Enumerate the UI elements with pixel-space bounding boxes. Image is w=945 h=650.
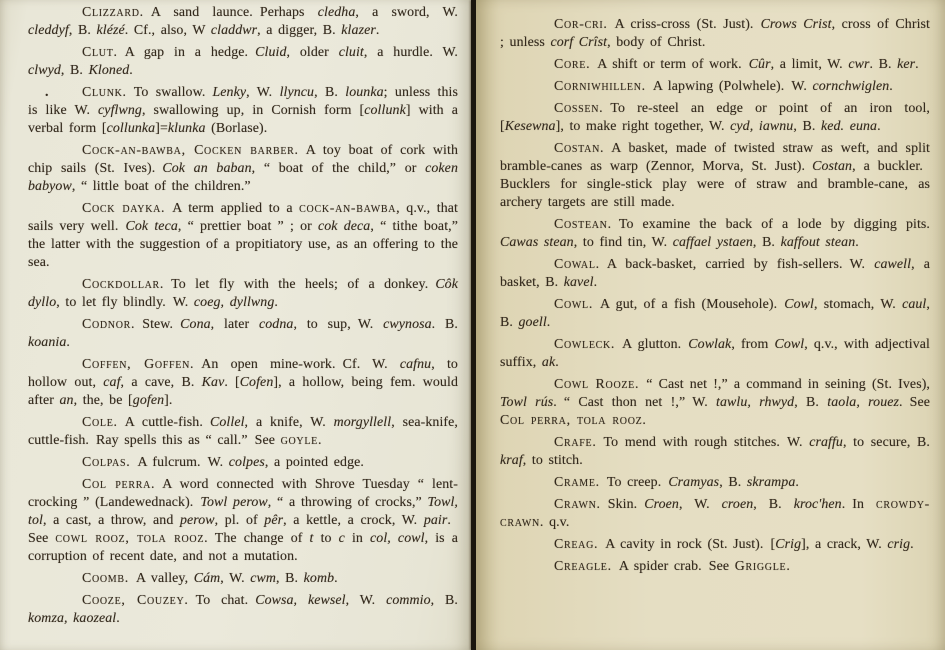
italic-term: clwyd xyxy=(28,63,61,78)
dictionary-entry: Col perra. A word connected with Shrove … xyxy=(28,476,458,566)
italic-term: skrampa xyxy=(747,475,796,490)
entry-text: , a limit, W. xyxy=(771,57,849,72)
entry-text: A lapwing (Polwhele). W. xyxy=(646,79,813,94)
italic-term: Crows Crist xyxy=(761,17,832,32)
entry-text: . xyxy=(915,57,919,72)
italic-term: Kav xyxy=(202,375,225,390)
headword: Coomb. xyxy=(82,571,129,586)
entry-text: , older xyxy=(287,45,339,60)
italic-term: Cawas stean xyxy=(500,235,574,250)
headword: Cowl. xyxy=(554,297,593,312)
italic-term: commio xyxy=(386,593,431,608)
entry-text: To swallow. xyxy=(127,85,213,100)
entry-text: . xyxy=(376,23,380,38)
dictionary-entry: .Clunk. To swallow. Lenky, W. llyncu, B.… xyxy=(28,84,458,138)
left-page: Clizzard. A sand launce. Perhaps cledha,… xyxy=(0,0,471,650)
italic-term: komza, kaozeal xyxy=(28,611,116,626)
entry-text: . xyxy=(877,119,881,134)
italic-term: pair xyxy=(424,513,448,528)
headword: Cor-cri. xyxy=(554,17,608,32)
entry-text: , body of Christ. xyxy=(607,35,705,50)
italic-term: caul xyxy=(902,297,926,312)
entry-text: , a digger, B. xyxy=(257,23,341,38)
entry-text: , to sup, W. xyxy=(293,317,383,332)
cross-reference: cock-an-bawba xyxy=(299,201,396,216)
entry-text: , “ little boat of the children.” xyxy=(72,179,251,194)
entry-text: , B. xyxy=(719,475,747,490)
entry-text: A cuttle-fish. xyxy=(118,415,210,430)
italic-term: cok deca xyxy=(318,219,370,234)
italic-term: gofen xyxy=(133,393,164,408)
italic-term: cwm xyxy=(250,571,276,586)
italic-term: kavel xyxy=(564,275,594,290)
entry-text: To let fly with the heels; of a donkey. xyxy=(164,277,435,292)
headword: Col perra. xyxy=(82,477,155,492)
italic-term: cwr xyxy=(848,57,869,72)
entry-text: A term applied to a xyxy=(165,201,299,216)
italic-term: taola, rouez xyxy=(827,395,899,410)
entry-text: . xyxy=(318,433,322,448)
entry-text: , stomach, W. xyxy=(814,297,902,312)
entry-text: . xyxy=(642,413,646,428)
entry-text: , W. xyxy=(679,497,722,512)
entry-text: To creep. xyxy=(600,475,668,490)
entry-text: , to stitch. xyxy=(523,453,583,468)
entry-text: . xyxy=(116,611,120,626)
entry-text: . xyxy=(786,559,790,574)
italic-term: col, cowl xyxy=(370,531,425,546)
italic-term: Cona xyxy=(180,317,211,332)
italic-term: codna xyxy=(259,317,293,332)
dictionary-entry: Cockdollar. To let fly with the heels; o… xyxy=(28,276,458,312)
headword: Costean. xyxy=(554,217,612,232)
dictionary-entry: Cock-an-bawba, Cocken barber. A toy boat… xyxy=(28,142,458,196)
entry-text: . The change of xyxy=(204,531,309,546)
italic-term: kroc'hen xyxy=(794,497,842,512)
cross-reference: goyle xyxy=(281,433,318,448)
headword: Coffen, Goffen. xyxy=(82,357,194,372)
entry-text: A criss-cross (St. Just). xyxy=(608,17,761,32)
headword: Crawn. xyxy=(554,497,601,512)
italic-term: Towl rús xyxy=(500,395,553,410)
entry-text: . xyxy=(910,537,914,552)
entry-text: . xyxy=(334,571,338,586)
right-page: Cor-cri. A criss-cross (St. Just). Crows… xyxy=(476,0,945,650)
italic-term: croen xyxy=(722,497,754,512)
headword: Clut. xyxy=(82,45,118,60)
entry-text: Skin. xyxy=(601,497,645,512)
italic-term: caffael ystaen xyxy=(673,235,753,250)
entry-text: , B. xyxy=(793,119,821,134)
headword: Clizzard. xyxy=(82,5,144,20)
entry-text: . “ Cast thon net !,” W. xyxy=(553,395,716,410)
italic-term: Kesewna xyxy=(505,119,556,134)
headword: Crame. xyxy=(554,475,600,490)
italic-term: Cowl xyxy=(784,297,814,312)
headword: Crafe. xyxy=(554,435,597,450)
italic-term: cleddyf xyxy=(28,23,69,38)
entry-text: to xyxy=(314,531,339,546)
entry-text: . [ xyxy=(224,375,239,390)
entry-text: , “ a throwing of crocks,” xyxy=(268,495,428,510)
entry-text: “ Cast net !,” a command in seining (St.… xyxy=(639,377,930,392)
headword: Cock-an-bawba, Cocken barber. xyxy=(82,143,299,158)
dictionary-entry: Cock dayka. A term applied to a cock-an-… xyxy=(28,200,458,272)
italic-term: Crig xyxy=(775,537,801,552)
entry-text: To mend with rough stitches. W. xyxy=(597,435,810,450)
dictionary-entry: Codnor. Stew. Cona, later codna, to sup,… xyxy=(28,316,458,352)
italic-term: Kloned xyxy=(89,63,130,78)
italic-term: perow xyxy=(180,513,215,528)
entry-text: . In xyxy=(842,497,876,512)
entry-text: , B. xyxy=(431,593,458,608)
dictionary-entry: Clizzard. A sand launce. Perhaps cledha,… xyxy=(28,4,458,40)
entry-text: . B. xyxy=(869,57,897,72)
entry-text: , later xyxy=(211,317,259,332)
italic-term: llyncu xyxy=(280,85,315,100)
dictionary-entry: Crafe. To mend with rough stitches. W. c… xyxy=(500,434,930,470)
dictionary-entry: Cowal. A back-basket, carried by fish-se… xyxy=(500,256,930,292)
italic-term: colpes xyxy=(229,455,265,470)
headword: Cole. xyxy=(82,415,118,430)
italic-term: collunka xyxy=(107,121,156,136)
entry-text: . B. xyxy=(432,317,458,332)
italic-term: Costan xyxy=(812,159,852,174)
italic-term: klézé xyxy=(96,23,124,38)
italic-term: corf Crîst xyxy=(550,35,607,50)
entry-text: . Cf., also, W xyxy=(125,23,211,38)
italic-term: Cramyas xyxy=(668,475,719,490)
entry-text: . q.v. xyxy=(540,515,569,530)
dictionary-entry: Cole. A cuttle-fish. Collel, a knife, W.… xyxy=(28,414,458,450)
italic-term: komb xyxy=(304,571,335,586)
italic-term: claddwr xyxy=(211,23,257,38)
dictionary-entry: Creag. A cavity in rock (St. Just). [Cri… xyxy=(500,536,930,554)
dictionary-entry: Cossen. To re-steel an edge or point of … xyxy=(500,100,930,136)
book-spread: Clizzard. A sand launce. Perhaps cledha,… xyxy=(0,0,945,650)
entry-text: in xyxy=(345,531,370,546)
italic-term: morgyllell xyxy=(334,415,392,430)
entry-text: A back-basket, carried by fish-sellers. … xyxy=(600,257,874,272)
italic-term: caf xyxy=(103,375,120,390)
italic-term: cawell xyxy=(874,257,911,272)
entry-text: A cavity in rock (St. Just). [ xyxy=(598,537,775,552)
dictionary-entry: Cowl Rooze. “ Cast net !,” a command in … xyxy=(500,376,930,430)
italic-term: Cok teca xyxy=(126,219,178,234)
italic-term: pêr xyxy=(264,513,283,528)
entry-text: . xyxy=(66,335,70,350)
italic-term: cafnu xyxy=(400,357,431,372)
entry-text: , swallowing up, in Cornish form [ xyxy=(142,103,364,118)
headword: Cowal. xyxy=(554,257,600,272)
entry-text: (Borlase). xyxy=(206,121,268,136)
entry-text: A gap in a hedge. xyxy=(118,45,255,60)
italic-term: Lenky xyxy=(212,85,246,100)
entry-text: , B. xyxy=(314,85,345,100)
headword: Codnor. xyxy=(82,317,135,332)
italic-term: an xyxy=(60,393,74,408)
dictionary-entry: Core. A shift or term of work. Cûr, a li… xyxy=(500,56,930,74)
italic-term: Cowl xyxy=(774,337,804,352)
entry-text: , to find tin, W. xyxy=(574,235,673,250)
entry-text: , a sword, W. xyxy=(355,5,458,20)
dictionary-entry: Creagle. A spider crab. See Griggle. xyxy=(500,558,930,576)
entry-text: . See xyxy=(899,395,930,410)
italic-term: cyflwng xyxy=(98,103,142,118)
entry-text: . xyxy=(855,235,859,250)
italic-term: klazer xyxy=(341,23,376,38)
dictionary-entry: Colpas. A fulcrum. W. colpes, a pointed … xyxy=(28,454,458,472)
entry-text: , to let fly blindly. W. xyxy=(56,295,194,310)
stray-ink-mark: . xyxy=(45,84,49,102)
italic-term: Cok an baban xyxy=(162,161,251,176)
italic-term: lounka xyxy=(345,85,383,100)
entry-text: A sand launce. Perhaps xyxy=(144,5,318,20)
italic-term: klunka xyxy=(168,121,206,136)
italic-term: cluit xyxy=(339,45,364,60)
italic-term: ak xyxy=(542,355,555,370)
italic-term: tawlu, rhwyd xyxy=(716,395,794,410)
entry-text: . xyxy=(274,295,278,310)
entry-text: ], a crack, W. xyxy=(801,537,887,552)
entry-text: . xyxy=(129,63,133,78)
italic-term: kaffout stean xyxy=(781,235,856,250)
entry-text: A gut, of a fish (Mousehole). xyxy=(593,297,784,312)
italic-term: Cowlak xyxy=(688,337,731,352)
dictionary-entry: Coffen, Goffen. An open mine-work. Cf. W… xyxy=(28,356,458,410)
italic-term: cwynosa xyxy=(383,317,432,332)
dictionary-entry: Corniwhillen. A lapwing (Polwhele). W. c… xyxy=(500,78,930,96)
headword: Cossen. xyxy=(554,101,603,116)
headword: Corniwhillen. xyxy=(554,79,646,94)
italic-term: Collel xyxy=(210,415,245,430)
italic-term: crig xyxy=(887,537,910,552)
entry-text: , B. xyxy=(753,235,781,250)
cross-reference: Griggle xyxy=(735,559,787,574)
entry-text: To examine the back of a lode by digging… xyxy=(612,217,930,232)
italic-term: Cûr xyxy=(749,57,771,72)
italic-term: Croen xyxy=(644,497,679,512)
entry-text: , W. xyxy=(246,85,279,100)
italic-term: cledha xyxy=(318,5,356,20)
dictionary-entry: Cooze, Couzey. To chat. Cowsa, kewsel, W… xyxy=(28,592,458,628)
cross-reference: cowl rooz, tola rooz xyxy=(55,531,204,546)
entry-text: , “ prettier boat ” ; or xyxy=(178,219,318,234)
italic-term: goell xyxy=(519,315,547,330)
entry-text: ]= xyxy=(155,121,168,136)
cross-reference: Col perra, tola rooz xyxy=(500,413,642,428)
entry-text: , a cave, B. xyxy=(121,375,202,390)
entry-text: , a knife, W. xyxy=(245,415,334,430)
dictionary-entry: Coomb. A valley, Cám, W. cwm, B. komb. xyxy=(28,570,458,588)
dictionary-entry: Costan. A basket, made of twisted straw … xyxy=(500,140,930,212)
italic-term: Cofen xyxy=(240,375,274,390)
italic-term: ker xyxy=(897,57,915,72)
entry-text: A fulcrum. W. xyxy=(130,455,228,470)
dictionary-entry: Cor-cri. A criss-cross (St. Just). Crows… xyxy=(500,16,930,52)
headword: Costan. xyxy=(554,141,604,156)
headword: Cowl Rooze. xyxy=(554,377,639,392)
entry-text: , a kettle, a crock, W. xyxy=(283,513,424,528)
headword: Cockdollar. xyxy=(82,277,164,292)
entry-text: . xyxy=(555,355,559,370)
entry-text: , B. xyxy=(794,395,827,410)
entry-text: An open mine-work. Cf. W. xyxy=(194,357,400,372)
entry-text: A valley, xyxy=(129,571,194,586)
headword: Core. xyxy=(554,57,590,72)
entry-text: . xyxy=(547,315,551,330)
entry-text: , W. xyxy=(346,593,386,608)
italic-term: cornchwiglen xyxy=(812,79,889,94)
dictionary-entry: Crawn. Skin. Croen, W. croen, B. kroc'he… xyxy=(500,496,930,532)
headword: Clunk. xyxy=(82,85,127,100)
entry-text: ]. xyxy=(164,393,172,408)
entry-text: To chat. xyxy=(189,593,256,608)
entry-text: , the, be [ xyxy=(74,393,133,408)
entry-text: , “ boat of the child,” or xyxy=(252,161,425,176)
entry-text: , B. xyxy=(69,23,97,38)
headword: Cowleck. xyxy=(554,337,615,352)
entry-text: , pl. of xyxy=(215,513,265,528)
italic-term: craffu xyxy=(809,435,843,450)
italic-term: Cluid xyxy=(255,45,286,60)
italic-term: coeg, dyllwng xyxy=(194,295,274,310)
headword: Creag. xyxy=(554,537,598,552)
entry-text: , W. xyxy=(220,571,250,586)
entry-text: , B. xyxy=(753,497,793,512)
entry-text: , a hurdle. W. xyxy=(364,45,458,60)
italic-term: Cám xyxy=(194,571,221,586)
entry-text: , a pointed edge. xyxy=(265,455,364,470)
italic-term: Cowsa, kewsel xyxy=(255,593,345,608)
italic-term: koania xyxy=(28,335,66,350)
italic-term: ked. euna xyxy=(821,119,877,134)
entry-text: Stew. xyxy=(135,317,180,332)
italic-term: Towl perow xyxy=(200,495,267,510)
entry-text: , from xyxy=(731,337,774,352)
entry-text: A spider crab. See xyxy=(612,559,735,574)
entry-text: , to secure, B. xyxy=(843,435,930,450)
entry-text: A glutton. xyxy=(615,337,688,352)
entry-text: . xyxy=(889,79,893,94)
headword: Creagle. xyxy=(554,559,612,574)
dictionary-entry: Cowleck. A glutton. Cowlak, from Cowl, q… xyxy=(500,336,930,372)
entry-text: A shift or term of work. xyxy=(590,57,748,72)
headword: Cooze, Couzey. xyxy=(82,593,189,608)
headword: Cock dayka. xyxy=(82,201,165,216)
entry-text: ], to make right together, W. xyxy=(556,119,731,134)
headword: Colpas. xyxy=(82,455,130,470)
dictionary-entry: Crame. To creep. Cramyas, B. skrampa. xyxy=(500,474,930,492)
entry-text: , a cast, a throw, and xyxy=(43,513,180,528)
entry-text: . xyxy=(795,475,799,490)
dictionary-entry: Costean. To examine the back of a lode b… xyxy=(500,216,930,252)
italic-term: collunk xyxy=(364,103,406,118)
dictionary-entry: Clut. A gap in a hedge. Cluid, older clu… xyxy=(28,44,458,80)
dictionary-entry: Cowl. A gut, of a fish (Mousehole). Cowl… xyxy=(500,296,930,332)
entry-text: , B. xyxy=(276,571,304,586)
italic-term: cyd, iawnu xyxy=(730,119,793,134)
entry-text: . xyxy=(594,275,598,290)
italic-term: kraf xyxy=(500,453,523,468)
entry-text: , B. xyxy=(61,63,89,78)
